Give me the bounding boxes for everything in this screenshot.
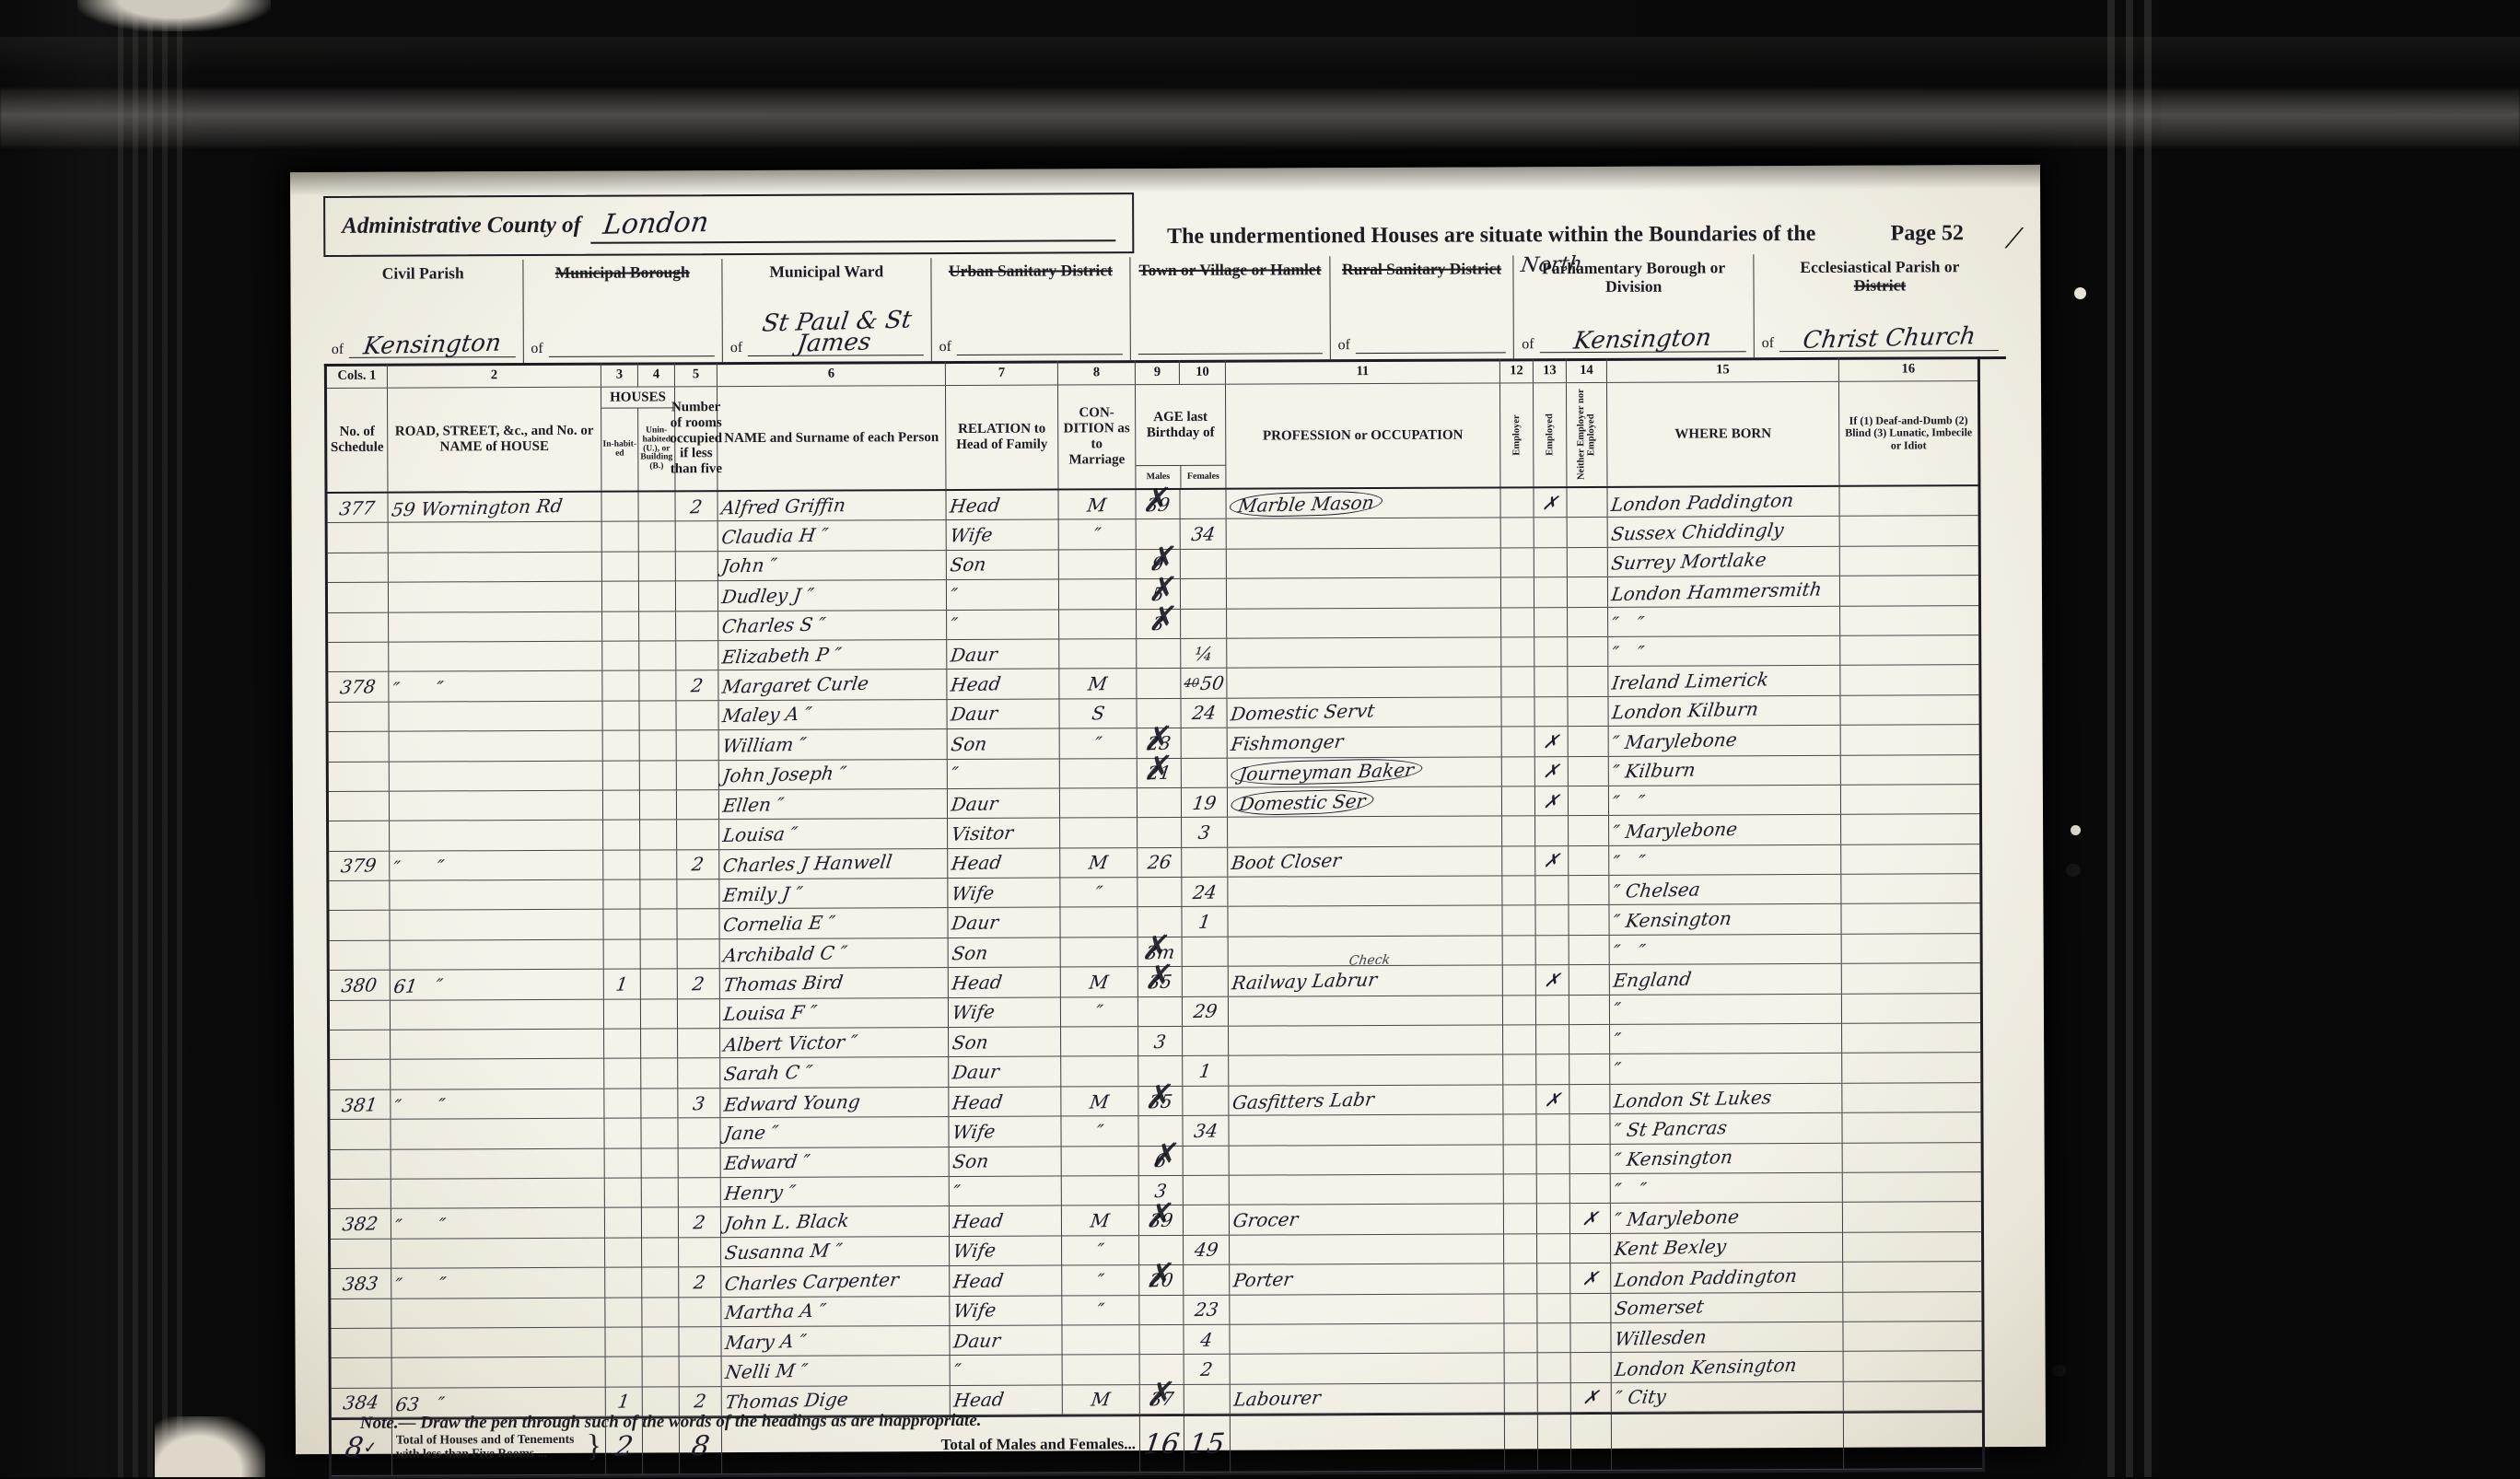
- cell-e12: [1502, 757, 1535, 786]
- cell-cond: M: [1062, 1206, 1139, 1236]
- cell-born: London Paddington: [1607, 487, 1839, 517]
- header-employer: Employer: [1511, 414, 1522, 455]
- cell-inh: [605, 1178, 642, 1207]
- cell-rooms: [680, 1357, 722, 1386]
- occupation-annotation: Check: [1347, 953, 1391, 969]
- cell-inh: [602, 641, 639, 670]
- cell-road: [391, 1328, 605, 1357]
- district-parliamentary-borough-or: Parliamentary Borough orDivisionNorthofK…: [1514, 254, 1755, 358]
- cell-name: Charles S ″: [718, 611, 947, 640]
- cell-am: [1137, 639, 1181, 669]
- cell-e14: [1568, 548, 1608, 577]
- cell-uninh: [640, 730, 677, 760]
- cell-e12: [1502, 846, 1535, 876]
- cell-rooms: 2: [678, 969, 720, 998]
- cell-uninh: [639, 671, 676, 701]
- district-label: Town or Village or Hamlet: [1138, 260, 1323, 279]
- cell-rel: Son: [949, 937, 1061, 967]
- cell-born: Sussex Chiddingly: [1608, 517, 1840, 546]
- cell-occ: Domestic Servt: [1227, 697, 1501, 728]
- admin-county-label: Administrative County of: [342, 213, 581, 239]
- admin-county-box: Administrative County of London: [323, 192, 1134, 257]
- cell-inh: [605, 1148, 642, 1178]
- cell-occ: Fishmonger: [1228, 728, 1502, 758]
- census-page: Administrative County of London The unde…: [290, 165, 2046, 1454]
- cell-af: 1: [1182, 907, 1228, 937]
- cell-born: Surrey Mortlake: [1608, 547, 1840, 576]
- total-houses-inhabited: 2: [613, 1430, 636, 1462]
- cell-name: Emily J ″: [719, 879, 948, 908]
- cell-cond: M: [1061, 1087, 1138, 1116]
- cell-e13: ✗: [1536, 1085, 1569, 1114]
- cell-af: 34: [1181, 519, 1227, 549]
- header-name: NAME and Surname of each Person: [717, 386, 946, 490]
- cell-e14: [1569, 786, 1609, 816]
- cell-uninh: [641, 1029, 678, 1058]
- cell-inf: [1843, 1143, 1981, 1172]
- cell-uninh: [641, 970, 678, 999]
- cell-uninh: [642, 1238, 679, 1267]
- cell-inh: [604, 939, 641, 969]
- cell-af: 34: [1183, 1116, 1229, 1146]
- cell-inf: [1843, 1322, 1981, 1351]
- cell-e12: [1501, 608, 1534, 637]
- cell-rel: Head: [947, 670, 1059, 699]
- cell-cond: [1059, 639, 1137, 669]
- cell-born: ″ Kensington: [1609, 904, 1841, 934]
- cell-inf: [1841, 844, 1979, 874]
- cell-road: [389, 582, 602, 611]
- cell-born: ″ ″: [1608, 636, 1840, 666]
- cell-af: 4050: [1181, 669, 1227, 698]
- cell-road: [389, 642, 602, 671]
- total-houses-label: Total of Houses and of Tenements with le…: [396, 1433, 585, 1462]
- cell-rooms: 2: [679, 1267, 721, 1297]
- cell-rel: ″: [948, 759, 1060, 788]
- header-where-born: WHERE BORN: [1607, 382, 1839, 486]
- cell-born: ″ ″: [1610, 935, 1842, 964]
- cell-sch: [331, 1149, 391, 1179]
- cell-uninh: [640, 821, 677, 850]
- cell-rooms: 2: [679, 1207, 721, 1237]
- col-number: 14: [1567, 358, 1607, 382]
- cell-e13: [1536, 1055, 1569, 1085]
- cell-rooms: [677, 790, 719, 820]
- cell-e12: [1501, 668, 1534, 697]
- census-table: Cols. 12345678910111213141516 No. of Sch…: [324, 356, 1985, 1477]
- cell-rooms: [679, 1238, 721, 1267]
- cell-occ: [1230, 1145, 1504, 1175]
- cell-e13: [1537, 1204, 1570, 1233]
- cell-cond: [1062, 1147, 1139, 1176]
- header-infirmities: If (1) Deaf-and-Dumb (2) Blind (3) Lunat…: [1839, 381, 1977, 485]
- cell-occ: [1230, 1174, 1504, 1205]
- cell-uninh: [639, 581, 676, 611]
- cell-rel: Daur: [948, 908, 1060, 937]
- cell-e14: [1567, 488, 1607, 518]
- title-bar: Administrative County of London The unde…: [323, 189, 2005, 257]
- cell-cond: [1061, 1027, 1138, 1056]
- cell-uninh: [639, 611, 676, 641]
- cell-inf: [1841, 785, 1979, 814]
- header-relation: RELATION to Head of Family: [946, 386, 1058, 490]
- cell-born: ″ ″: [1608, 606, 1840, 635]
- cell-e14: ✗: [1571, 1383, 1612, 1413]
- cell-occ: [1228, 817, 1502, 847]
- cell-sch: [328, 643, 389, 672]
- cell-rooms: [679, 1327, 721, 1357]
- cell-rel: Wife: [948, 879, 1060, 908]
- cell-e13: [1534, 608, 1568, 637]
- cell-name: Elizabeth P ″: [718, 640, 947, 670]
- cell-sch: 383: [331, 1269, 391, 1298]
- cell-road: [389, 701, 602, 730]
- cell-e13: [1537, 1264, 1570, 1293]
- cell-road: [390, 791, 603, 821]
- cell-e14: [1569, 936, 1610, 965]
- cell-am: [1138, 997, 1183, 1027]
- cell-rel: Son: [947, 550, 1059, 579]
- district-label: Ecclesiastical Parish orDistrict: [1761, 257, 1998, 295]
- cell-cond: [1059, 550, 1137, 579]
- cell-e14: [1568, 607, 1608, 636]
- cell-born: ″ St Pancras: [1610, 1113, 1842, 1143]
- cell-e12: [1501, 548, 1534, 577]
- cell-road: [389, 522, 602, 552]
- cell-rooms: [678, 939, 720, 969]
- cell-af: [1181, 609, 1227, 638]
- cell-inf: [1839, 486, 1977, 516]
- cell-sch: [329, 911, 390, 940]
- cell-inh: [605, 1238, 642, 1267]
- cell-e14: [1568, 697, 1608, 727]
- col-number: 16: [1839, 356, 1977, 381]
- cell-inf: [1840, 695, 1978, 725]
- cell-name: Louisa ″: [719, 819, 948, 848]
- cell-sch: 379: [329, 851, 390, 880]
- cell-rooms: [677, 910, 719, 939]
- cell-rel: Son: [949, 1028, 1061, 1057]
- cell-inh: [603, 761, 640, 790]
- cell-rooms: [676, 611, 718, 641]
- cell-e12: [1501, 518, 1534, 548]
- cell-born: ″ Chelsea: [1609, 875, 1841, 904]
- cell-cond: ″: [1062, 1236, 1139, 1265]
- total-females: 15: [1187, 1427, 1227, 1461]
- cell-uninh: [639, 701, 676, 730]
- cell-cond: [1060, 759, 1137, 788]
- cell-uninh: [641, 999, 678, 1029]
- cell-occ: [1228, 876, 1502, 906]
- cell-rel: ″: [950, 1176, 1062, 1205]
- cell-e14: [1571, 1353, 1612, 1382]
- cell-e14: [1569, 1054, 1610, 1084]
- cell-road: [390, 880, 603, 910]
- cell-e13: [1536, 1025, 1569, 1054]
- cell-born: Somerset: [1611, 1292, 1843, 1322]
- header-occupation: PROFESSION or OCCUPATION: [1226, 383, 1500, 487]
- cell-inh: [602, 552, 639, 581]
- cell-cond: ″: [1062, 1296, 1139, 1325]
- district-value: Christ Church: [1802, 326, 1977, 352]
- cell-name: Margaret Curle: [718, 670, 947, 699]
- cell-uninh: [641, 1059, 678, 1089]
- cell-inh: [603, 880, 640, 910]
- cell-af: 49: [1184, 1235, 1230, 1264]
- cell-e14: [1570, 1323, 1611, 1353]
- cell-rooms: 2: [675, 492, 717, 521]
- film-speck: [2071, 825, 2081, 835]
- cell-e13: [1537, 1323, 1570, 1353]
- cell-e14: [1570, 1293, 1611, 1322]
- cell-am: 6: [1139, 1147, 1184, 1176]
- cell-occ: [1230, 1234, 1504, 1264]
- column-header-row: No. of Schedule ROAD, STREET, &c., and N…: [327, 381, 1977, 494]
- census-rows: 37759 Wornington Rd2Alfred GriffinHeadM3…: [327, 486, 1981, 1418]
- cell-name: Albert Victor ″: [720, 1028, 949, 1057]
- cell-sch: [329, 792, 390, 821]
- cell-born: Kent Bexley: [1611, 1233, 1843, 1263]
- cell-rooms: 2: [677, 850, 719, 879]
- cell-e12: [1503, 1085, 1536, 1114]
- col-number: 10: [1180, 360, 1226, 384]
- cell-rooms: [676, 552, 718, 581]
- cell-af: 1: [1183, 1056, 1229, 1086]
- header-road: ROAD, STREET, &c., and No. or NAME of HO…: [388, 388, 601, 492]
- cell-inh: [604, 1089, 641, 1118]
- cell-e13: ✗: [1535, 846, 1569, 876]
- cell-rooms: [676, 641, 718, 670]
- cell-cond: [1059, 610, 1137, 639]
- cell-inh: 1: [604, 970, 641, 999]
- cell-rooms: [678, 1118, 720, 1147]
- cell-occ: [1227, 578, 1501, 609]
- cell-uninh: [641, 939, 678, 969]
- cell-e14: [1569, 965, 1610, 995]
- cell-born: London Kilburn: [1608, 696, 1840, 726]
- cell-road: [390, 731, 603, 761]
- cell-e13: ✗: [1535, 757, 1569, 786]
- cell-af: [1183, 967, 1229, 996]
- cell-cond: ″: [1062, 1265, 1139, 1295]
- cell-e12: [1501, 697, 1534, 727]
- cell-e14: [1568, 518, 1608, 547]
- cell-born: ″ ″: [1609, 844, 1841, 874]
- cell-uninh: [642, 1298, 679, 1327]
- cell-name: Sarah C ″: [720, 1057, 949, 1087]
- cell-cond: [1060, 908, 1137, 937]
- cell-uninh: [643, 1357, 680, 1387]
- col-number: 11: [1226, 358, 1500, 383]
- cell-cond: ″: [1059, 520, 1137, 550]
- cell-occ: [1227, 608, 1501, 638]
- cell-rooms: [676, 581, 718, 611]
- cell-inf: [1842, 1054, 1980, 1083]
- cell-e12: [1505, 1383, 1538, 1413]
- cell-occ: Gasfitters Labr: [1229, 1085, 1503, 1115]
- cell-rooms: [677, 820, 719, 849]
- cell-cond: ″: [1060, 728, 1137, 758]
- cell-e12: [1502, 876, 1535, 905]
- cell-sch: [330, 1120, 391, 1149]
- cell-rooms: [677, 730, 719, 760]
- cell-af: [1182, 758, 1228, 787]
- cell-e12: [1500, 488, 1534, 518]
- cell-e12: [1503, 1025, 1536, 1054]
- cell-inf: [1842, 1083, 1980, 1112]
- col-number: 6: [717, 361, 946, 386]
- cell-sch: 382: [331, 1209, 391, 1239]
- cell-af: 3: [1182, 818, 1228, 847]
- cell-inf: [1841, 814, 1979, 844]
- cell-occ: [1227, 637, 1501, 668]
- header-houses: HOUSES: [601, 387, 674, 408]
- cell-inf: [1842, 1112, 1980, 1142]
- cell-rel: ″: [951, 1356, 1063, 1385]
- cell-uninh: [640, 850, 677, 879]
- cell-uninh: [642, 1148, 679, 1178]
- district-municipal-ward: Municipal WardofSt Paul & St James: [722, 258, 931, 362]
- cell-af: 4: [1184, 1325, 1230, 1355]
- cell-e14: [1569, 876, 1609, 905]
- cell-af: [1183, 937, 1229, 967]
- cell-uninh: [638, 492, 675, 521]
- cell-e13: [1535, 876, 1569, 905]
- cell-born: ″ Marylebone: [1609, 726, 1841, 755]
- cell-inf: [1840, 635, 1978, 665]
- cell-road: [389, 552, 602, 581]
- cell-am: [1137, 818, 1182, 847]
- cell-cond: M: [1060, 848, 1137, 878]
- cell-uninh: [641, 1119, 678, 1148]
- col-number: 4: [638, 362, 675, 386]
- situate-line: The undermentioned Houses are situate wi…: [1134, 190, 1849, 253]
- cell-am: 39: [1139, 1205, 1184, 1235]
- cell-e13: ✗: [1535, 727, 1569, 756]
- cell-name: Dudley J ″: [718, 580, 947, 610]
- cell-sch: 380: [330, 971, 391, 1000]
- cell-af: [1184, 1176, 1230, 1205]
- district-strip: Civil ParishofKensingtonMunicipal Boroug…: [323, 253, 2005, 367]
- cell-e12: [1504, 1294, 1537, 1323]
- cell-am: 35: [1138, 967, 1183, 996]
- cell-inh: [602, 701, 639, 730]
- header-neither: Neither Employer nor Employed: [1576, 383, 1597, 486]
- cell-born: ″ Marylebone: [1611, 1203, 1843, 1232]
- cell-rel: Daur: [947, 639, 1059, 669]
- cell-e13: [1534, 518, 1568, 547]
- film-edge-left: [118, 0, 186, 1477]
- cell-cond: M: [1058, 490, 1136, 519]
- cell-sch: [330, 1031, 391, 1060]
- cell-name: Martha A ″: [721, 1297, 950, 1326]
- cell-rel: Head: [948, 848, 1060, 878]
- cell-name: Jane ″: [720, 1117, 949, 1147]
- cell-uninh: [640, 879, 677, 909]
- cell-rooms: [676, 701, 718, 730]
- cell-am: 35: [1138, 1087, 1183, 1116]
- cell-e13: [1537, 1145, 1570, 1174]
- cell-uninh: [642, 1208, 679, 1238]
- cell-e14: [1569, 756, 1609, 786]
- cell-road: [391, 1298, 605, 1327]
- cell-inh: [602, 611, 639, 641]
- cell-e12: [1504, 1234, 1537, 1264]
- cell-inf: [1842, 934, 1980, 963]
- cell-inf: [1840, 576, 1978, 605]
- cell-inh: [605, 1327, 642, 1357]
- cell-e12: [1503, 966, 1536, 996]
- cell-occ: [1229, 1025, 1503, 1055]
- cell-e13: [1534, 667, 1568, 696]
- cell-e14: [1569, 1085, 1610, 1114]
- cell-sch: 378: [328, 672, 389, 702]
- cell-inh: [601, 493, 638, 522]
- cell-sch: [328, 702, 389, 731]
- scan-blotch-top-left: [77, 0, 271, 31]
- cell-rooms: [677, 879, 719, 909]
- cell-e12: [1503, 1055, 1536, 1085]
- cell-sch: [332, 1358, 392, 1388]
- cell-born: ″: [1610, 994, 1842, 1023]
- cell-name: Thomas Bird: [720, 968, 949, 997]
- cell-cond: M: [1063, 1385, 1140, 1415]
- cell-sch: [330, 941, 391, 971]
- cell-occ: [1230, 1323, 1504, 1354]
- cell-name: Claudia H ″: [718, 520, 947, 550]
- cell-sch: [330, 1060, 391, 1089]
- cell-sch: [328, 583, 389, 612]
- cell-am: 39: [1136, 490, 1180, 519]
- cell-af: 24: [1182, 878, 1228, 907]
- cell-e14: [1569, 1114, 1610, 1144]
- cell-e13: [1538, 1353, 1571, 1382]
- cell-cond: ″: [1061, 997, 1138, 1027]
- cell-sch: 381: [330, 1089, 391, 1119]
- cell-sch: [331, 1298, 391, 1328]
- cell-e12: [1504, 1174, 1537, 1204]
- cell-af: [1183, 1027, 1229, 1056]
- cell-cond: [1061, 1057, 1138, 1087]
- cell-occ: [1230, 1294, 1504, 1324]
- cell-road: [391, 1030, 604, 1059]
- cell-inf: [1841, 755, 1979, 785]
- cell-e12: [1502, 786, 1535, 816]
- cell-e12: [1504, 1145, 1537, 1174]
- cell-am: 3: [1138, 1027, 1183, 1056]
- cell-e13: [1536, 996, 1569, 1025]
- cell-sch: [331, 1329, 391, 1358]
- cell-inh: [603, 821, 640, 850]
- cell-sch: [331, 1239, 391, 1268]
- total-schedules: 8: [344, 1431, 366, 1463]
- cell-e13: ✗: [1536, 965, 1569, 995]
- cell-rel: Daur: [947, 699, 1059, 728]
- cell-name: John ″: [718, 551, 947, 580]
- cell-e14: [1569, 846, 1609, 876]
- cell-born: ″ ″: [1609, 786, 1841, 815]
- cell-rel: Wife: [949, 1117, 1061, 1147]
- col-number: 13: [1534, 358, 1567, 382]
- ink-blob: [2066, 864, 2081, 877]
- cell-rooms: [679, 1178, 721, 1207]
- cell-af: [1183, 1087, 1229, 1116]
- cell-name: Ellen ″: [719, 789, 948, 819]
- cell-born: London Paddington: [1611, 1263, 1843, 1292]
- cell-af: [1182, 847, 1228, 877]
- cell-inf: [1840, 666, 1978, 695]
- cell-af: [1184, 1146, 1230, 1175]
